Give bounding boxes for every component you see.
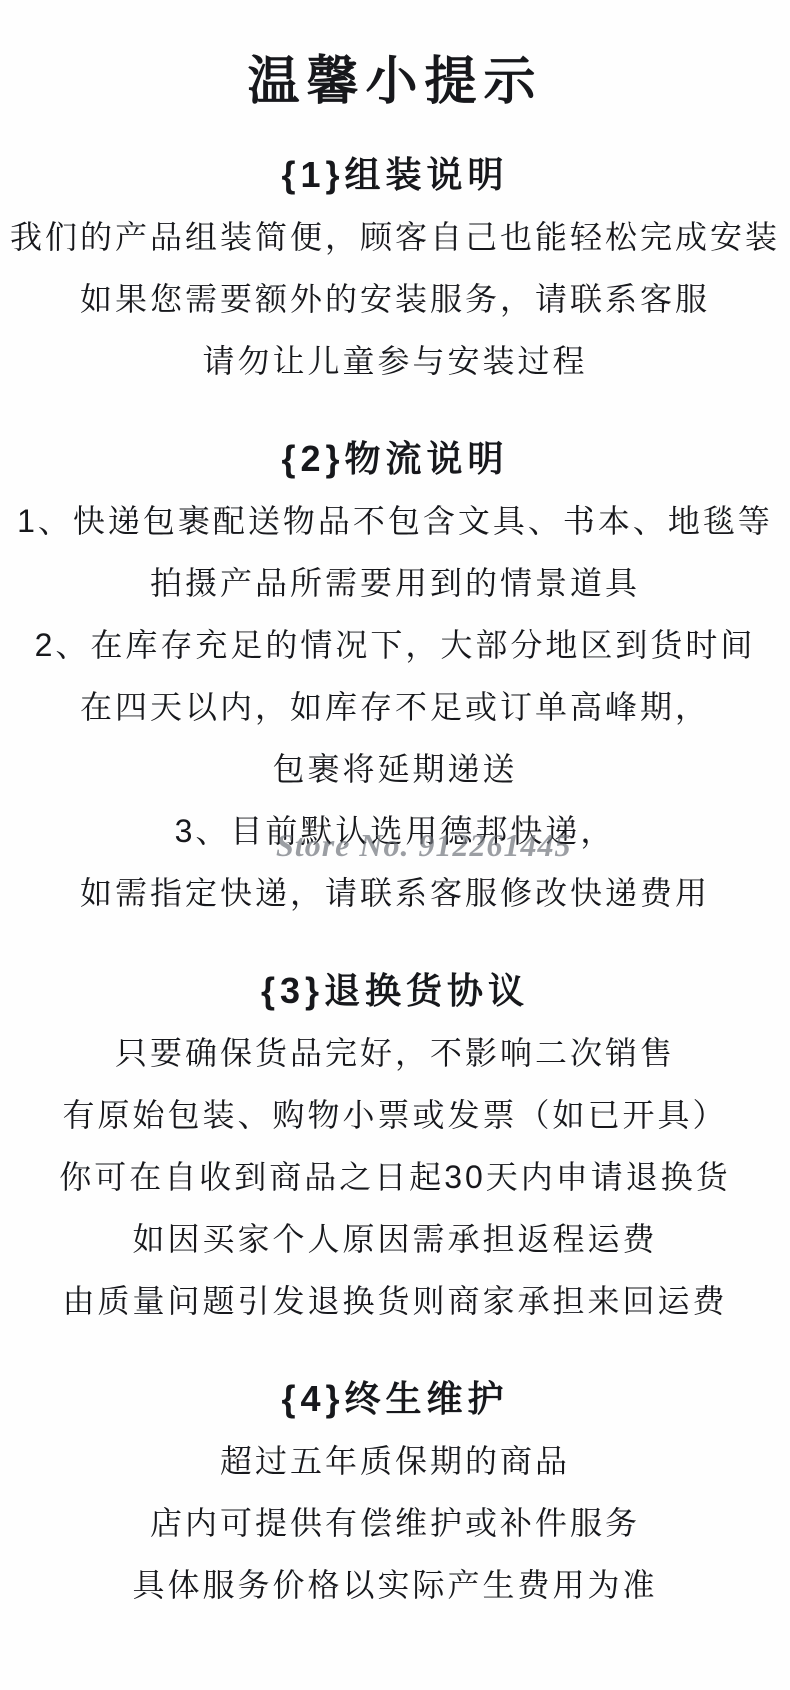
section-heading-return-policy: {3}退换货协议 [0,960,790,1022]
text-line: 拍摄产品所需要用到的情景道具 [0,552,790,614]
tips-notice-page: 温馨小提示 {1}组装说明 我们的产品组装简便，顾客自己也能轻松完成安装 如果您… [0,0,790,1690]
text-line: 如果您需要额外的安装服务，请联系客服 [0,268,790,330]
text-line: 只要确保货品完好，不影响二次销售 [0,1022,790,1084]
text-line: 包裹将延期递送 [0,738,790,800]
section-return-policy: {3}退换货协议 只要确保货品完好，不影响二次销售 有原始包装、购物小票或发票（… [0,960,790,1332]
text-line: 在四天以内，如库存不足或订单高峰期， [0,676,790,738]
text-line: 如需指定快递，请联系客服修改快递费用 [0,862,790,924]
text-line: 2、在库存充足的情况下，大部分地区到货时间 [0,614,790,676]
section-heading-maintenance: {4}终生维护 [0,1368,790,1430]
text-line: 1、快递包裹配送物品不包含文具、书本、地毯等 [0,490,790,552]
text-line: 如因买家个人原因需承担返程运费 [0,1208,790,1270]
text-line: 超过五年质保期的商品 [0,1430,790,1492]
page-title: 温馨小提示 [0,46,790,118]
section-logistics: {2}物流说明 1、快递包裹配送物品不包含文具、书本、地毯等 拍摄产品所需要用到… [0,428,790,924]
text-line: 我们的产品组装简便，顾客自己也能轻松完成安装 [0,206,790,268]
text-line: 3、目前默认选用德邦快递， [0,800,790,862]
section-heading-assembly: {1}组装说明 [0,144,790,206]
text-line: 你可在自收到商品之日起30天内申请退换货 [0,1146,790,1208]
text-line: 请勿让儿童参与安装过程 [0,330,790,392]
section-assembly-instructions: {1}组装说明 我们的产品组装简便，顾客自己也能轻松完成安装 如果您需要额外的安… [0,144,790,392]
text-line: 有原始包装、购物小票或发票（如已开具） [0,1084,790,1146]
text-line: 具体服务价格以实际产生费用为准 [0,1554,790,1616]
text-line: 店内可提供有偿维护或补件服务 [0,1492,790,1554]
section-lifetime-maintenance: {4}终生维护 超过五年质保期的商品 店内可提供有偿维护或补件服务 具体服务价格… [0,1368,790,1616]
section-heading-logistics: {2}物流说明 [0,428,790,490]
text-line: 由质量问题引发退换货则商家承担来回运费 [0,1270,790,1332]
